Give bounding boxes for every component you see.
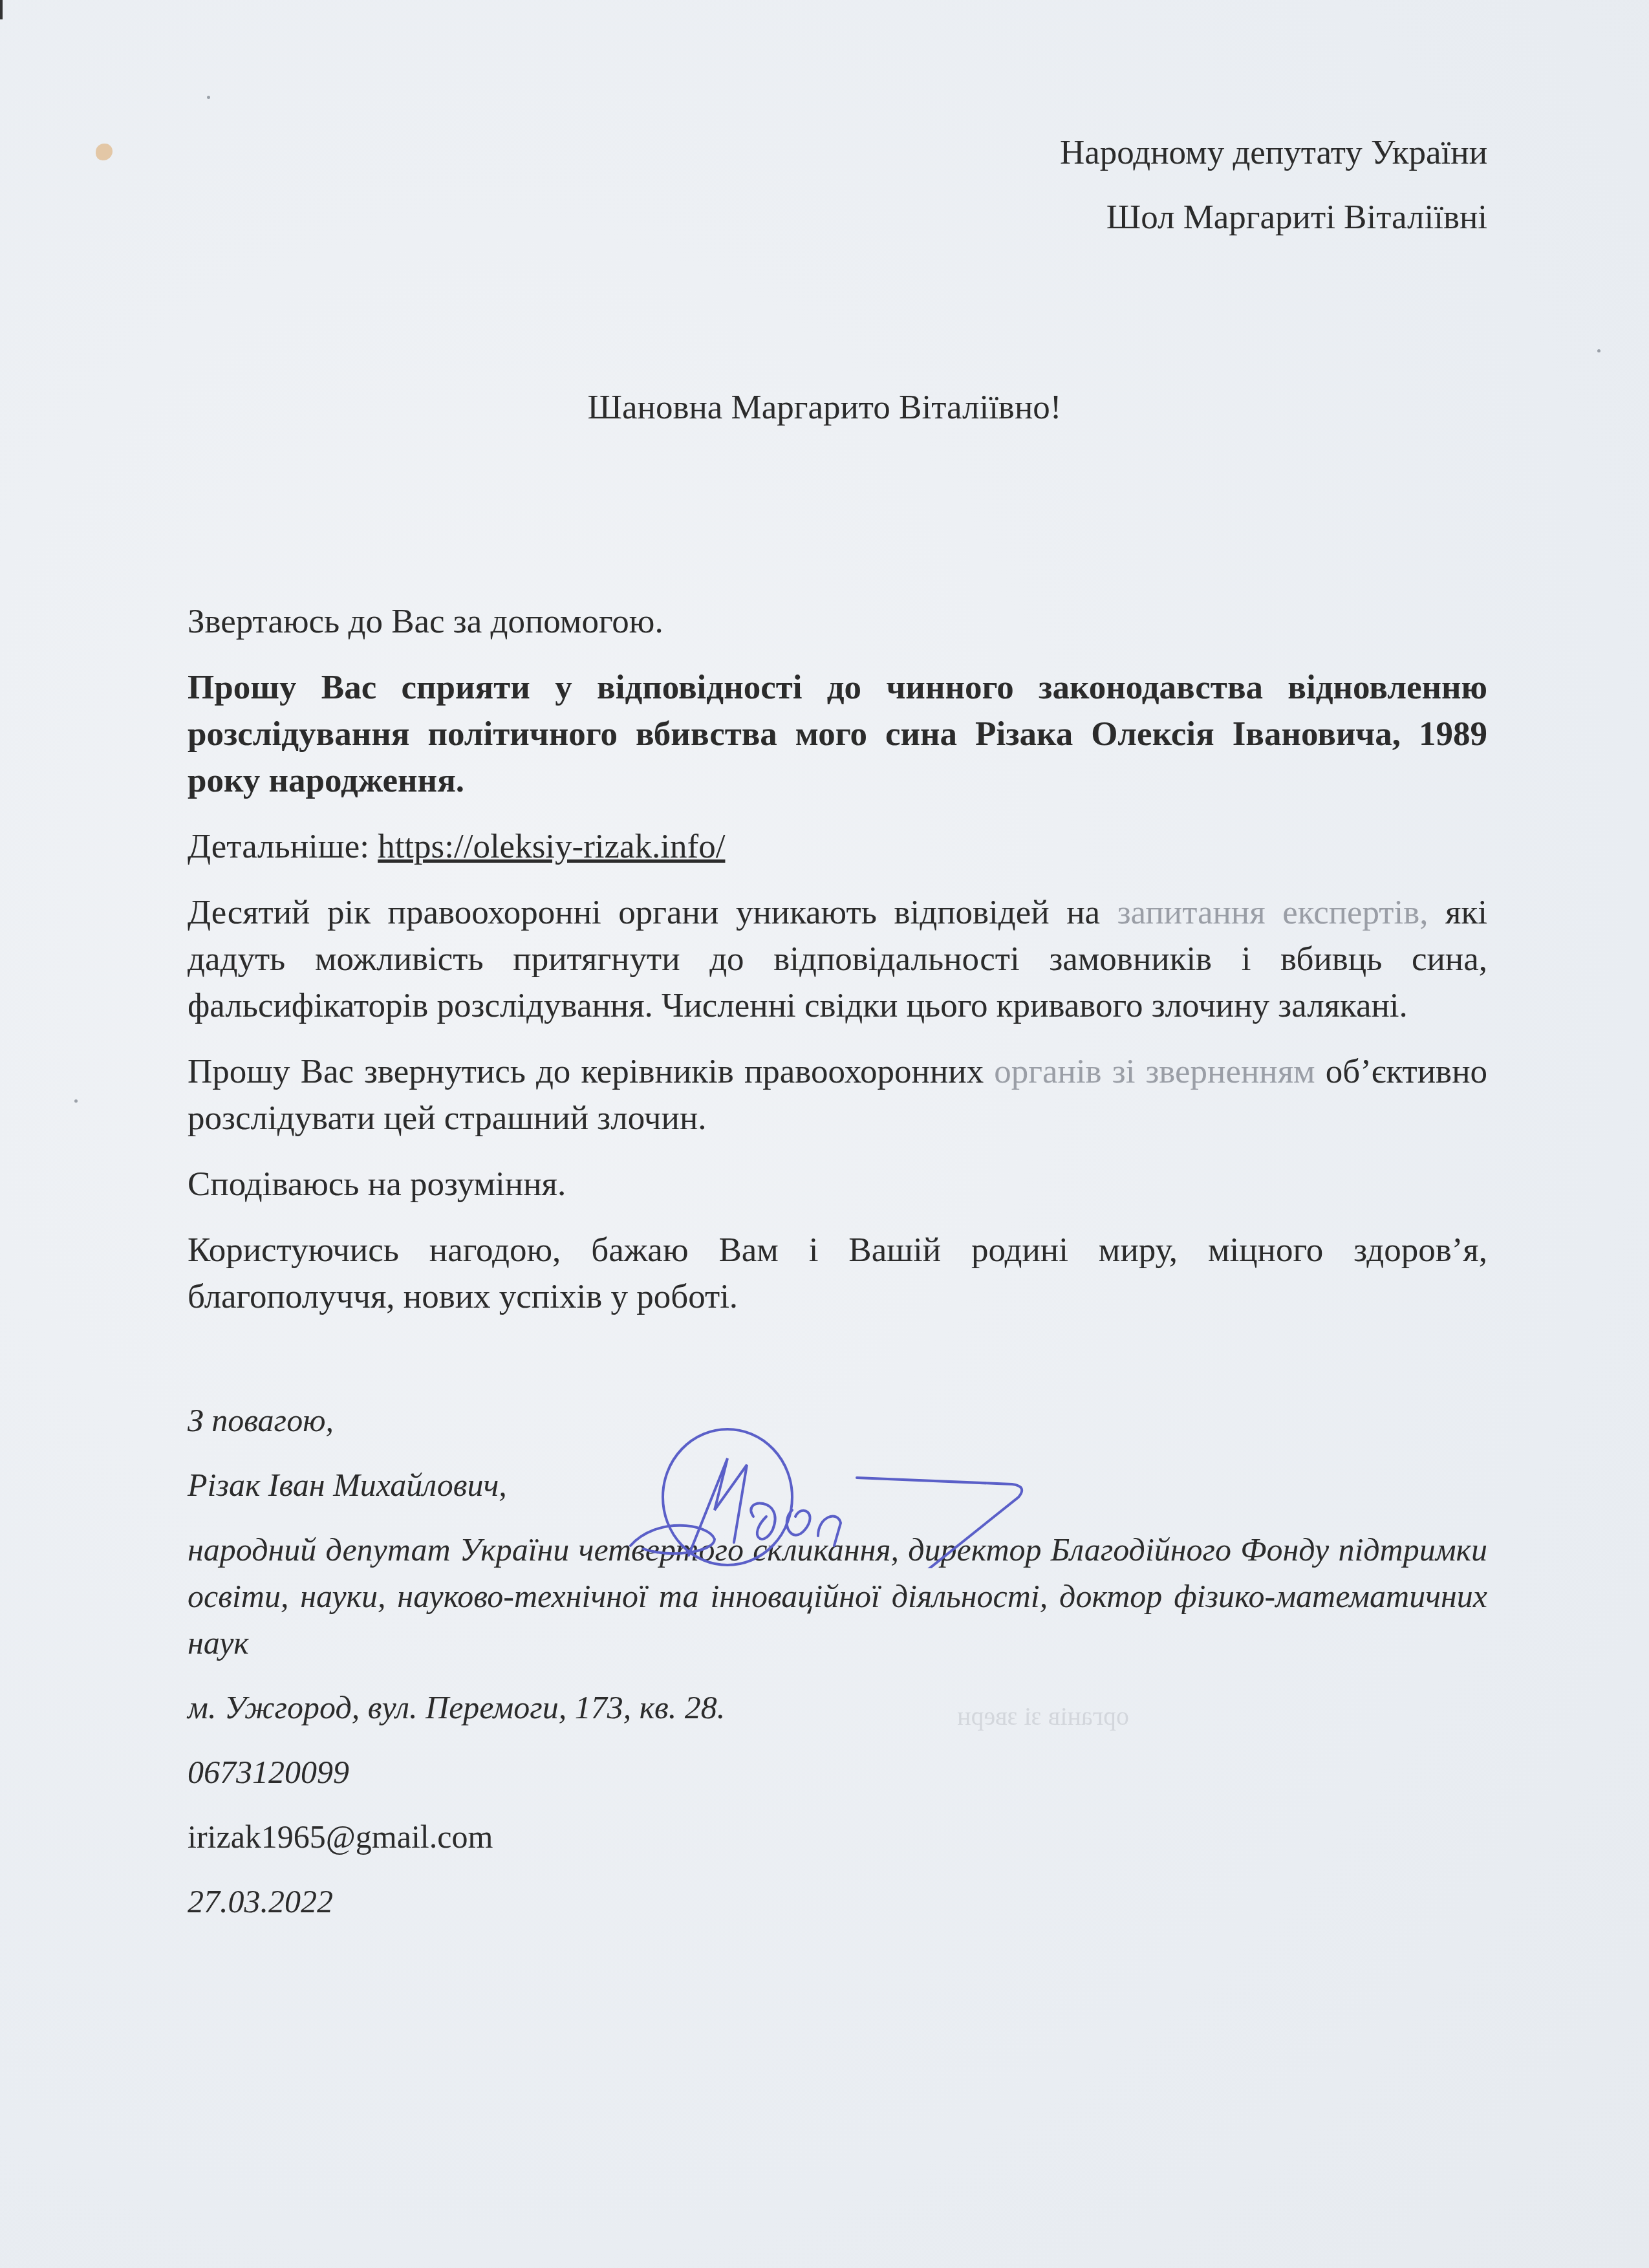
details-paragraph: Детальніше: https://oleksiy-rizak.info/ (188, 823, 1487, 870)
letter-date: 27.03.2022 (188, 1878, 1487, 1925)
sender-address: м. Ужгород, вул. Перемоги, 173, кв. 28. (188, 1684, 1487, 1731)
paragraph-appeal: Прошу Вас звернутись до керівників право… (188, 1048, 1487, 1141)
paragraph-investigation: Десятий рік правоохоронні органи уникают… (188, 889, 1487, 1029)
paper-speck (74, 1099, 78, 1103)
hope-paragraph: Сподіваюсь на розуміння. (188, 1161, 1487, 1207)
scan-edge-mark (0, 0, 3, 19)
salutation: Шановна Маргарито Віталіївно! (0, 388, 1649, 427)
request-paragraph: Прошу Вас сприяти у відповідності до чин… (188, 664, 1487, 804)
addressee-line-1: Народному депутату України (1060, 120, 1487, 185)
faded-text: запитання експертів, (1117, 894, 1428, 931)
paper-stain (96, 144, 113, 160)
show-through-text: органів зі зверн (957, 1701, 1129, 1731)
letter-body: Звертаюсь до Вас за допомогою. Прошу Вас… (188, 598, 1487, 1339)
intro-paragraph: Звертаюсь до Вас за допомогою. (188, 598, 1487, 645)
handwritten-signature (618, 1420, 1083, 1568)
details-link[interactable]: https://oleksiy-rizak.info/ (378, 828, 725, 865)
addressee-block: Народному депутату України Шол Маргариті… (1060, 120, 1487, 250)
paper-speck (207, 96, 210, 99)
paragraph-text: Десятий рік правоохоронні органи уникают… (188, 894, 1117, 931)
addressee-line-2: Шол Маргариті Віталіївні (1060, 185, 1487, 250)
scanned-page: Народному депутату України Шол Маргариті… (0, 0, 1649, 2268)
paragraph-text: Прошу Вас звернутись до керівників право… (188, 1053, 994, 1090)
details-label: Детальніше: (188, 828, 378, 865)
sender-email: irizak1965@gmail.com (188, 1813, 1487, 1860)
wishes-paragraph: Користуючись нагодою, бажаю Вам і Вашій … (188, 1227, 1487, 1320)
faded-text: органів зі зверненням (994, 1053, 1315, 1090)
sender-phone: 0673120099 (188, 1749, 1487, 1795)
paper-speck (1597, 349, 1600, 352)
